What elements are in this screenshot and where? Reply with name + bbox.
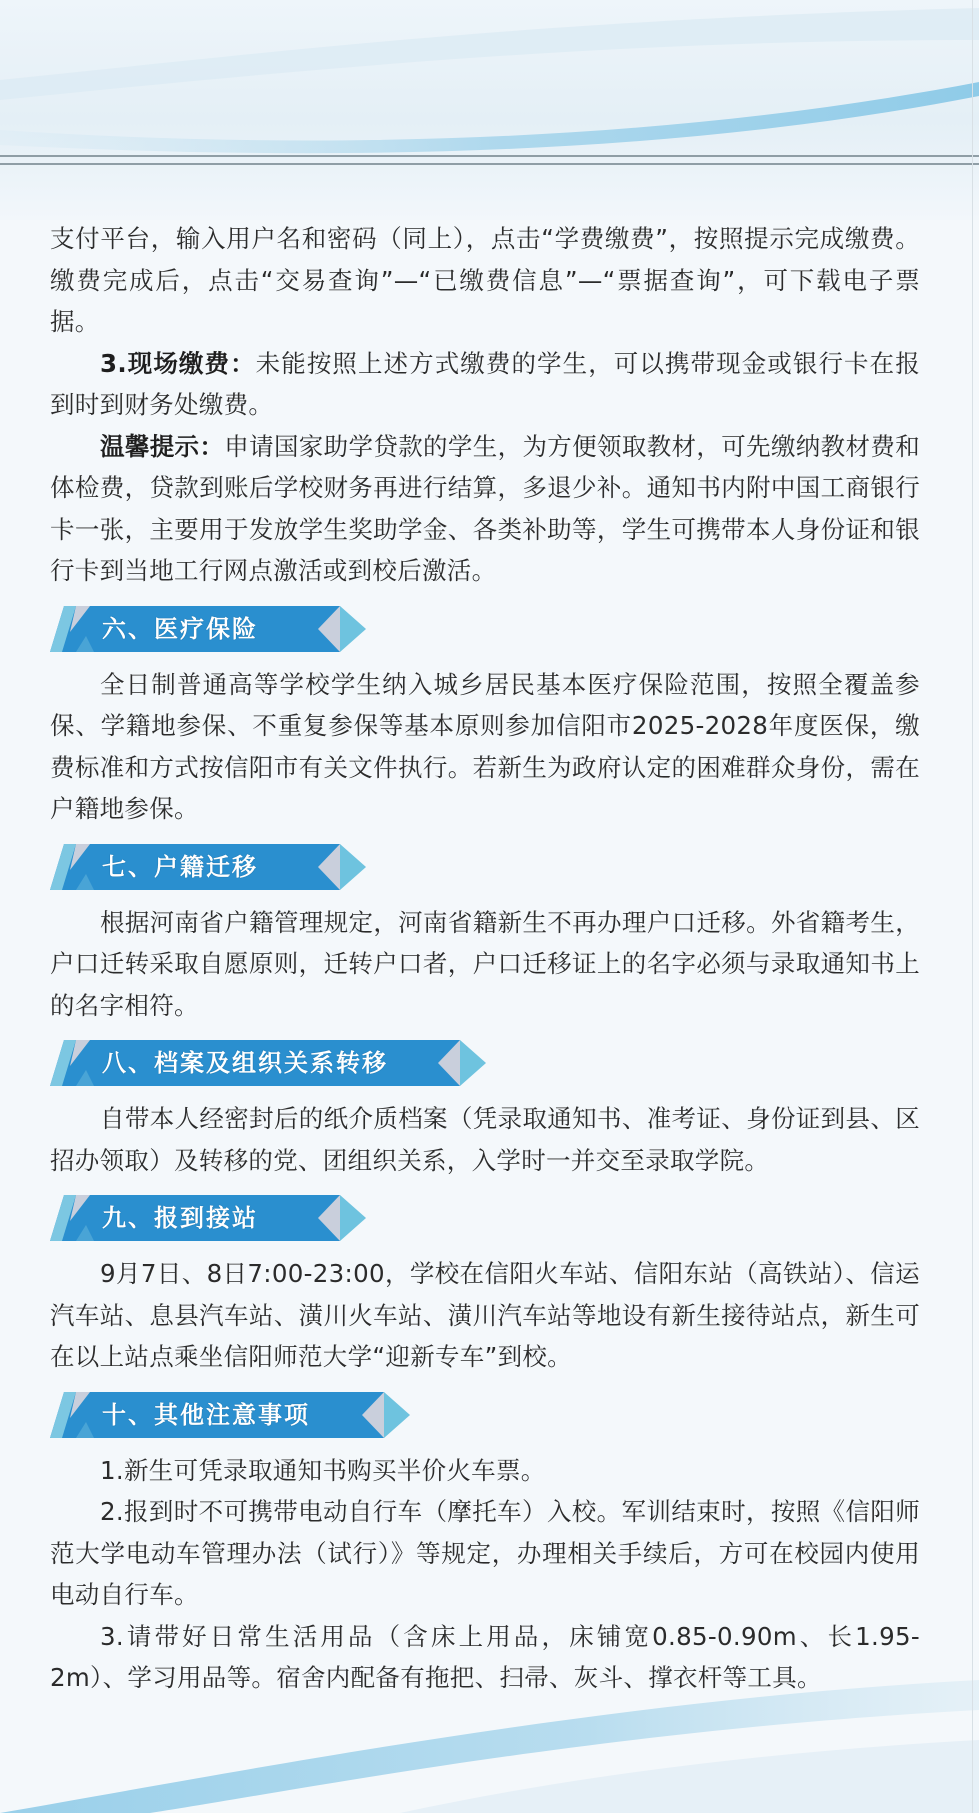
- tip-paragraph: 温馨提示：申请国家助学贷款的学生，为方便领取教材，可先缴纳教材费和体检费，贷款到…: [50, 426, 920, 592]
- section-banner-medical-insurance: 六、医疗保险: [50, 606, 920, 652]
- household-registration-paragraph: 根据河南省户籍管理规定，河南省籍新生不再办理户口迁移。外省籍考生，户口迁转采取自…: [50, 902, 920, 1027]
- onsite-payment-label: 3.现场缴费：: [100, 349, 256, 378]
- payment-continued-paragraph: 支付平台，输入用户名和密码（同上），点击“学费缴费”，按照提示完成缴费。缴费完成…: [50, 218, 920, 343]
- archives-transfer-paragraph: 自带本人经密封后的纸介质档案（凭录取通知书、准考证、身份证到县、区招办领取）及转…: [50, 1098, 920, 1181]
- section-title: 八、档案及组织关系转移: [102, 1040, 388, 1086]
- document-body: 支付平台，输入用户名和密码（同上），点击“学费缴费”，按照提示完成缴费。缴费完成…: [50, 218, 920, 1699]
- section-banner-archives-transfer: 八、档案及组织关系转移: [50, 1040, 920, 1086]
- section-title: 十、其他注意事项: [102, 1392, 310, 1438]
- header-rule-bottom: [0, 163, 979, 165]
- section-banner-station-pickup: 九、报到接站: [50, 1195, 920, 1241]
- other-note-1: 1.新生可凭录取通知书购买半价火车票。: [50, 1450, 920, 1492]
- header-swoosh-decoration: [0, 0, 979, 220]
- section-banner-household-registration: 七、户籍迁移: [50, 844, 920, 890]
- other-note-3: 3.请带好日常生活用品（含床上用品，床铺宽0.85-0.90m、长1.95-2m…: [50, 1616, 920, 1699]
- section-title: 六、医疗保险: [102, 606, 258, 652]
- medical-insurance-paragraph: 全日制普通高等学校学生纳入城乡居民基本医疗保险范围，按照全覆盖参保、学籍地参保、…: [50, 664, 920, 830]
- section-banner-other-notes: 十、其他注意事项: [50, 1392, 920, 1438]
- other-note-2: 2.报到时不可携带电动自行车（摩托车）入校。军训结束时，按照《信阳师范大学电动车…: [50, 1491, 920, 1616]
- page-edge: [972, 0, 973, 1813]
- section-title: 七、户籍迁移: [102, 844, 258, 890]
- onsite-payment-paragraph: 3.现场缴费：未能按照上述方式缴费的学生，可以携带现金或银行卡在报到时到财务处缴…: [50, 343, 920, 426]
- station-pickup-paragraph: 9月7日、8日7:00-23:00，学校在信阳火车站、信阳东站（高铁站）、信运汽…: [50, 1253, 920, 1378]
- section-title: 九、报到接站: [102, 1195, 258, 1241]
- tip-label: 温馨提示：: [100, 432, 224, 461]
- header-rule-top: [0, 155, 979, 157]
